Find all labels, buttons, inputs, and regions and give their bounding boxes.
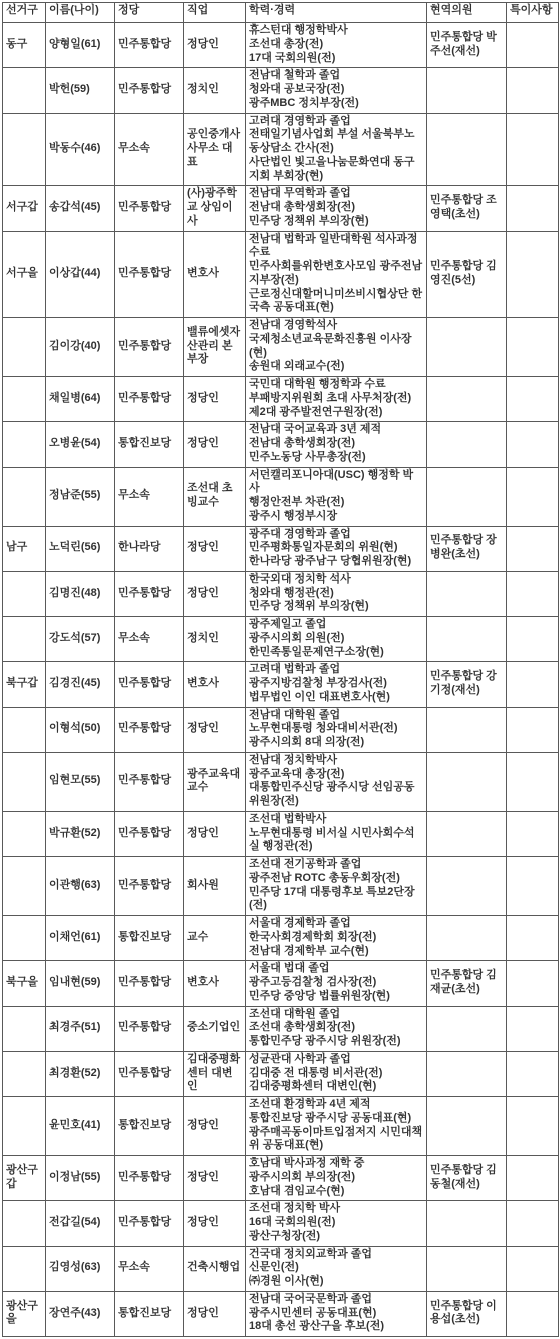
district-cell: 북구갑 [3,662,46,707]
incumbent-cell [427,1201,507,1246]
table-row: 서구을이상갑(44)민주통합당변호사전남대 법학과 일반대학원 석사과정 수료 … [3,231,559,318]
party-cell: 한나라당 [115,526,184,571]
table-row: 정남준(55)무소속조선대 초빙교수서던캘리포니아대(USC) 행정학 박사 행… [3,467,559,526]
district-cell [3,571,46,616]
note-cell [507,186,559,231]
table-row: 김영성(63)무소속건축시행업건국대 정치외교학과 졸업 신문인(전) ㈜경원 … [3,1246,559,1291]
party-cell: 무소속 [115,467,184,526]
note-cell [507,752,559,811]
district-cell [3,1051,46,1096]
incumbent-cell [427,1006,507,1051]
district-cell: 서구을 [3,231,46,318]
job-cell: 중소기업인 [184,1006,246,1051]
job-cell: 정당인 [184,526,246,571]
career-cell: 성균관대 사학과 졸업 김대중 전 대통령 비서관(전) 김대중평화센터 대변인… [246,1051,427,1096]
career-cell: 서울대 법대 졸업 광주고등검찰청 검사장(전) 민주당 중앙당 법률위원장(현… [246,961,427,1006]
career-cell: 건국대 정치외교학과 졸업 신문인(전) ㈜경원 이사(현) [246,1246,427,1291]
note-cell [507,1201,559,1246]
header-district: 선거구 [3,3,46,23]
table-body: 동구양형일(61)민주통합당정당인휴스턴대 행정학박사 조선대 총장(전) 17… [3,23,559,1337]
job-cell: 김대중평화센터 대변인 [184,1051,246,1096]
incumbent-cell [427,113,507,186]
career-cell: 조선대 정치학 박사 16대 국회의원(전) 광산구청장(전) [246,1201,427,1246]
party-cell: 민주통합당 [115,377,184,422]
note-cell [507,617,559,662]
job-cell: 회사원 [184,857,246,916]
note-cell [507,707,559,752]
table-row: 광산구갑이정남(55)민주통합당정당인호남대 박사과정 재학 중 광주시의회 부… [3,1156,559,1201]
career-cell: 전남대 경영학석사 국제청소년교육문화진흥원 이사장(현) 송원대 외래교수(전… [246,318,427,377]
note-cell [507,1097,559,1156]
party-cell: 민주통합당 [115,662,184,707]
party-cell: 민주통합당 [115,707,184,752]
job-cell: 정당인 [184,1201,246,1246]
party-cell: 민주통합당 [115,1201,184,1246]
name-cell: 윤민호(41) [46,1097,115,1156]
note-cell [507,68,559,113]
incumbent-cell [427,422,507,467]
note-cell [507,1051,559,1096]
table-row: 전갑길(54)민주통합당정당인조선대 정치학 박사 16대 국회의원(전) 광산… [3,1201,559,1246]
table-row: 김명진(48)민주통합당정당인한국외대 정치학 석사 청와대 행정관(전) 민주… [3,571,559,616]
table-row: 박헌(59)민주통합당정치인전남대 철학과 졸업 청와대 공보국장(전) 광주M… [3,68,559,113]
name-cell: 김명진(48) [46,571,115,616]
career-cell: 고려대 법학과 졸업 광주지방검찰청 부장검사(전) 법무법인 이인 대표변호사… [246,662,427,707]
incumbent-cell [427,707,507,752]
career-cell: 조선대 법학박사 노무현대통령 비서실 시민사회수석실 행정관(전) [246,811,427,856]
party-cell: 민주통합당 [115,318,184,377]
note-cell [507,422,559,467]
name-cell: 이관행(63) [46,857,115,916]
note-cell [507,916,559,961]
incumbent-cell: 민주통합당 장병완(초선) [427,526,507,571]
note-cell [507,571,559,616]
district-cell [3,916,46,961]
party-cell: 민주통합당 [115,1006,184,1051]
job-cell: 조선대 초빙교수 [184,467,246,526]
note-cell [507,961,559,1006]
district-cell [3,422,46,467]
table-row: 이형석(50)민주통합당정당인전남대 대학원 졸업 노무현대통령 청와대비서관(… [3,707,559,752]
party-cell: 민주통합당 [115,23,184,68]
party-cell: 민주통합당 [115,1156,184,1201]
table-row: 윤민호(41)통합진보당정당인조선대 환경학과 4년 제적 통합진보당 광주시당… [3,1097,559,1156]
career-cell: 전남대 대학원 졸업 노무현대통령 청와대비서관(전) 광주시의회 8대 의장(… [246,707,427,752]
party-cell: 민주통합당 [115,752,184,811]
name-cell: 노덕린(56) [46,526,115,571]
district-cell [3,857,46,916]
job-cell: 정당인 [184,23,246,68]
note-cell [507,857,559,916]
career-cell: 조선대 환경학과 4년 제적 통합진보당 광주시당 공동대표(현) 광주매곡동이… [246,1097,427,1156]
name-cell: 이채언(61) [46,916,115,961]
table-row: 북구을임내현(59)민주통합당변호사서울대 법대 졸업 광주고등검찰청 검사장(… [3,961,559,1006]
career-cell: 조선대 대학원 졸업 조선대 총학생회장(전) 통합민주당 광주시당 위원장(전… [246,1006,427,1051]
job-cell: 변호사 [184,662,246,707]
note-cell [507,23,559,68]
incumbent-cell [427,318,507,377]
header-job: 직업 [184,3,246,23]
job-cell: 정당인 [184,571,246,616]
header-row: 선거구 이름(나이) 정당 직업 학력·경력 현역의원 특이사항 [3,3,559,23]
name-cell: 이정남(55) [46,1156,115,1201]
district-cell [3,377,46,422]
header-party: 정당 [115,3,184,23]
career-cell: 전남대 국어교육과 3년 제적 전남대 총학생회장(전) 민주노동당 사무총장(… [246,422,427,467]
incumbent-cell [427,571,507,616]
job-cell: (사)광주학교 상임이사 [184,186,246,231]
note-cell [507,1006,559,1051]
incumbent-cell: 민주통합당 조영택(초선) [427,186,507,231]
candidate-table-sheet: 선거구 이름(나이) 정당 직업 학력·경력 현역의원 특이사항 동구양형일(6… [0,0,560,1339]
incumbent-cell [427,1051,507,1096]
table-row: 이관행(63)민주통합당회사원조선대 전기공학과 졸업 광주전남 ROTC 총동… [3,857,559,916]
district-cell [3,617,46,662]
name-cell: 박헌(59) [46,68,115,113]
name-cell: 최경환(52) [46,1051,115,1096]
district-cell [3,752,46,811]
incumbent-cell [427,752,507,811]
table-row: 서구갑송갑석(45)민주통합당(사)광주학교 상임이사전남대 무역학과 졸업 전… [3,186,559,231]
job-cell: 건축시행업 [184,1246,246,1291]
party-cell: 민주통합당 [115,811,184,856]
district-cell: 남구 [3,526,46,571]
name-cell: 임현모(55) [46,752,115,811]
district-cell: 광산구을 [3,1291,46,1336]
name-cell: 최경주(51) [46,1006,115,1051]
note-cell [507,377,559,422]
district-cell: 광산구갑 [3,1156,46,1201]
name-cell: 임내현(59) [46,961,115,1006]
name-cell: 이형석(50) [46,707,115,752]
career-cell: 서울대 경제학과 졸업 한국사회경제학회 회장(전) 전남대 경제학부 교수(현… [246,916,427,961]
district-cell [3,318,46,377]
name-cell: 이상갑(44) [46,231,115,318]
incumbent-cell [427,617,507,662]
name-cell: 박규환(52) [46,811,115,856]
career-cell: 휴스턴대 행정학박사 조선대 총장(전) 17대 국회의원(전) [246,23,427,68]
district-cell [3,467,46,526]
party-cell: 무소속 [115,1246,184,1291]
party-cell: 민주통합당 [115,1051,184,1096]
incumbent-cell [427,811,507,856]
table-row: 김이강(40)민주통합당밸류에셋자산관리 본부장전남대 경영학석사 국제청소년교… [3,318,559,377]
career-cell: 호남대 박사과정 재학 중 광주시의회 부의장(전) 호남대 겸임교수(현) [246,1156,427,1201]
name-cell: 전갑길(54) [46,1201,115,1246]
table-row: 최경주(51)민주통합당중소기업인조선대 대학원 졸업 조선대 총학생회장(전)… [3,1006,559,1051]
party-cell: 민주통합당 [115,68,184,113]
job-cell: 변호사 [184,231,246,318]
party-cell: 민주통합당 [115,857,184,916]
incumbent-cell [427,916,507,961]
district-cell: 동구 [3,23,46,68]
party-cell: 통합진보당 [115,422,184,467]
district-cell [3,811,46,856]
career-cell: 국민대 대학원 행정학과 수료 부패방지위원회 초대 사무처장(전) 제2대 광… [246,377,427,422]
district-cell [3,68,46,113]
name-cell: 김경진(45) [46,662,115,707]
career-cell: 전남대 철학과 졸업 청와대 공보국장(전) 광주MBC 정치부장(전) [246,68,427,113]
incumbent-cell: 민주통합당 김동철(재선) [427,1156,507,1201]
table-row: 동구양형일(61)민주통합당정당인휴스턴대 행정학박사 조선대 총장(전) 17… [3,23,559,68]
district-cell [3,1246,46,1291]
table-row: 임현모(55)민주통합당광주교육대 교수전남대 정치학박사 광주교육대 총장(전… [3,752,559,811]
name-cell: 장연주(43) [46,1291,115,1336]
party-cell: 무소속 [115,617,184,662]
name-cell: 김영성(63) [46,1246,115,1291]
table-row: 남구노덕린(56)한나라당정당인광주대 경영학과 졸업 민주평화통일자문회의 위… [3,526,559,571]
incumbent-cell [427,467,507,526]
job-cell: 정치인 [184,68,246,113]
note-cell [507,467,559,526]
career-cell: 전남대 법학과 일반대학원 석사과정 수료 민주사회를위한변호사모임 광주전남지… [246,231,427,318]
incumbent-cell [427,1097,507,1156]
career-cell: 한국외대 정치학 석사 청와대 행정관(전) 민주당 정책위 부의장(현) [246,571,427,616]
note-cell [507,231,559,318]
career-cell: 전남대 정치학박사 광주교육대 총장(전) 대통합민주신당 광주시당 선임공동위… [246,752,427,811]
note-cell [507,662,559,707]
name-cell: 강도석(57) [46,617,115,662]
table-row: 박규환(52)민주통합당정당인조선대 법학박사 노무현대통령 비서실 시민사회수… [3,811,559,856]
career-cell: 전남대 국어국문학과 졸업 광주시민센터 공동대표(현) 18대 총선 광산구을… [246,1291,427,1336]
note-cell [507,1291,559,1336]
party-cell: 민주통합당 [115,961,184,1006]
name-cell: 채일병(64) [46,377,115,422]
incumbent-cell: 민주통합당 김영진(5선) [427,231,507,318]
incumbent-cell [427,1246,507,1291]
career-cell: 조선대 전기공학과 졸업 광주전남 ROTC 총동우회장(전) 민주당 17대 … [246,857,427,916]
career-cell: 광주제일고 졸업 광주시의회 의원(전) 한민족통일문제연구소장(현) [246,617,427,662]
table-row: 광산구을장연주(43)통합진보당정당인전남대 국어국문학과 졸업 광주시민센터 … [3,1291,559,1336]
party-cell: 민주통합당 [115,231,184,318]
party-cell: 민주통합당 [115,571,184,616]
incumbent-cell: 민주통합당 박주선(재선) [427,23,507,68]
table-row: 박동수(46)무소속공인중개사 사무소 대표고려대 경영학과 졸업 전태일기념사… [3,113,559,186]
name-cell: 양형일(61) [46,23,115,68]
candidate-table: 선거구 이름(나이) 정당 직업 학력·경력 현역의원 특이사항 동구양형일(6… [2,2,559,1337]
note-cell [507,811,559,856]
job-cell: 정당인 [184,1097,246,1156]
table-row: 강도석(57)무소속정치인광주제일고 졸업 광주시의회 의원(전) 한민족통일문… [3,617,559,662]
header-incumbent: 현역의원 [427,3,507,23]
party-cell: 통합진보당 [115,916,184,961]
incumbent-cell: 민주통합당 이용섭(초선) [427,1291,507,1336]
career-cell: 서던캘리포니아대(USC) 행정학 박사 행정안전부 차관(전) 광주시 행정부… [246,467,427,526]
job-cell: 정당인 [184,707,246,752]
job-cell: 광주교육대 교수 [184,752,246,811]
incumbent-cell [427,857,507,916]
name-cell: 박동수(46) [46,113,115,186]
name-cell: 정남준(55) [46,467,115,526]
party-cell: 통합진보당 [115,1291,184,1336]
career-cell: 고려대 경영학과 졸업 전태일기념사업회 부설 서울북부노동상담소 간사(전) … [246,113,427,186]
district-cell [3,1006,46,1051]
incumbent-cell: 민주통합당 김재균(초선) [427,961,507,1006]
job-cell: 정당인 [184,377,246,422]
table-row: 오병윤(54)통합진보당정당인전남대 국어교육과 3년 제적 전남대 총학생회장… [3,422,559,467]
table-row: 북구갑김경진(45)민주통합당변호사고려대 법학과 졸업 광주지방검찰청 부장검… [3,662,559,707]
job-cell: 정치인 [184,617,246,662]
table-row: 채일병(64)민주통합당정당인국민대 대학원 행정학과 수료 부패방지위원회 초… [3,377,559,422]
note-cell [507,113,559,186]
header-career: 학력·경력 [246,3,427,23]
job-cell: 정당인 [184,422,246,467]
name-cell: 김이강(40) [46,318,115,377]
district-cell: 북구을 [3,961,46,1006]
party-cell: 통합진보당 [115,1097,184,1156]
name-cell: 송갑석(45) [46,186,115,231]
incumbent-cell [427,68,507,113]
party-cell: 민주통합당 [115,186,184,231]
note-cell [507,318,559,377]
district-cell: 서구갑 [3,186,46,231]
incumbent-cell [427,377,507,422]
job-cell: 변호사 [184,961,246,1006]
career-cell: 전남대 무역학과 졸업 전남대 총학생회장(전) 민주당 정책위 부의장(현) [246,186,427,231]
note-cell [507,1246,559,1291]
job-cell: 밸류에셋자산관리 본부장 [184,318,246,377]
header-note: 특이사항 [507,3,559,23]
district-cell [3,1097,46,1156]
career-cell: 광주대 경영학과 졸업 민주평화통일자문회의 위원(현) 한나라당 광주남구 당… [246,526,427,571]
job-cell: 교수 [184,916,246,961]
table-row: 이채언(61)통합진보당교수서울대 경제학과 졸업 한국사회경제학회 회장(전)… [3,916,559,961]
name-cell: 오병윤(54) [46,422,115,467]
district-cell [3,1201,46,1246]
job-cell: 정당인 [184,1291,246,1336]
district-cell [3,707,46,752]
table-row: 최경환(52)민주통합당김대중평화센터 대변인성균관대 사학과 졸업 김대중 전… [3,1051,559,1096]
job-cell: 공인중개사 사무소 대표 [184,113,246,186]
note-cell [507,526,559,571]
district-cell [3,113,46,186]
header-name: 이름(나이) [46,3,115,23]
party-cell: 무소속 [115,113,184,186]
incumbent-cell: 민주통합당 강기정(재선) [427,662,507,707]
job-cell: 정당인 [184,811,246,856]
job-cell: 정당인 [184,1156,246,1201]
note-cell [507,1156,559,1201]
